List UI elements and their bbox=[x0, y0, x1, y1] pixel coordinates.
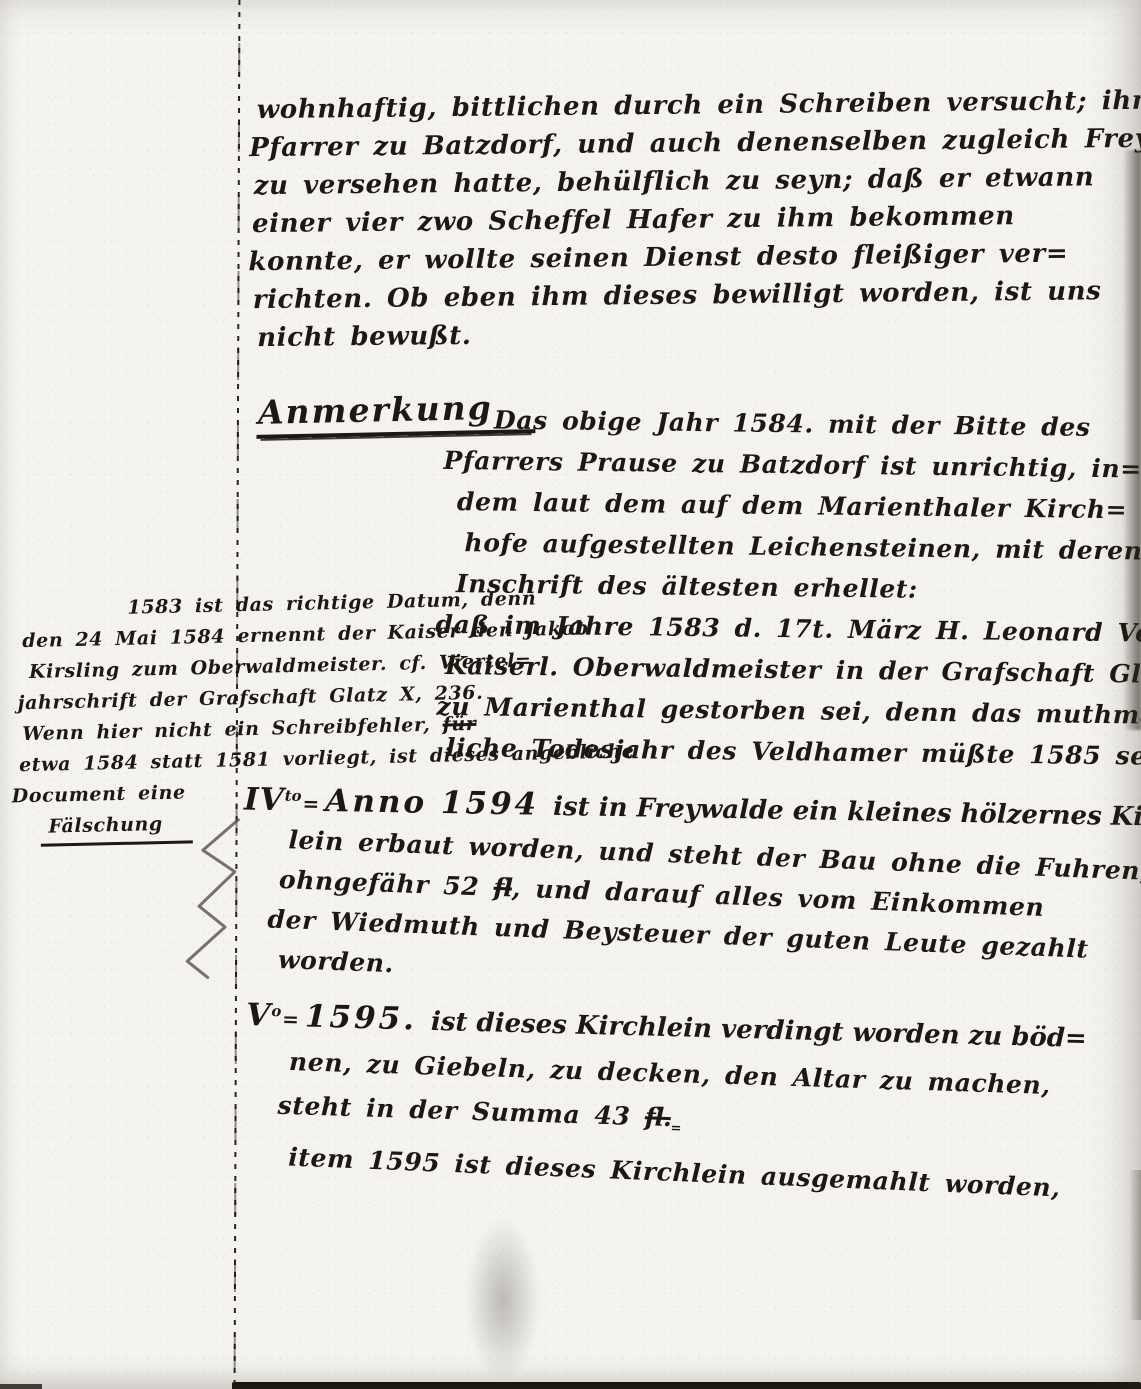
equals-flourish: = bbox=[282, 1007, 299, 1031]
amount-text: ohngefähr 52 bbox=[279, 865, 495, 902]
section-iv-body: lein erbaut worden, und steht der Bau oh… bbox=[283, 820, 1141, 1011]
anno-1594: Anno 1594 bbox=[325, 783, 539, 823]
florin-currency-sign: fl bbox=[493, 873, 512, 903]
currency-sub-mark: = bbox=[670, 1121, 682, 1136]
roman-numeral-iv: IV bbox=[244, 782, 285, 819]
sum-text: steht in der Summa 43 bbox=[277, 1091, 645, 1132]
superscript-o: o bbox=[271, 1002, 281, 1020]
margin-note-text: Wenn hier nicht ein Schreibfehler, bbox=[22, 714, 443, 746]
section-iv-heading-text: ist in Freywalde ein kleines hölzernes K… bbox=[553, 792, 1141, 834]
scan-right-edge-shadow bbox=[1129, 1170, 1141, 1320]
equals-flourish: = bbox=[302, 792, 319, 816]
scan-bottom-corner bbox=[0, 1384, 42, 1389]
florin-currency-sign: fl. bbox=[644, 1102, 671, 1132]
scan-right-edge-shadow bbox=[1123, 150, 1141, 730]
opening-paragraph: wohnhaftig, bittlichen durch ein Schreib… bbox=[249, 81, 1141, 357]
manuscript-page: wohnhaftig, bittlichen durch ein Schreib… bbox=[0, 0, 1141, 1389]
roman-numeral-v: V bbox=[246, 997, 272, 1034]
ink-smudge bbox=[466, 1218, 540, 1382]
year-1595: 1595. bbox=[304, 999, 417, 1038]
superscript-to: to bbox=[285, 787, 302, 805]
struck-word: für bbox=[442, 713, 476, 736]
falschung-underlined-word: Fälschung bbox=[40, 808, 193, 846]
scan-bottom-edge bbox=[232, 1382, 1141, 1389]
annotation-body: Das obige Jahr 1584. mit der Bitte des P… bbox=[434, 399, 1141, 778]
section-v-body: nen, zu Giebeln, zu decken, den Altar zu… bbox=[287, 1040, 1052, 1163]
